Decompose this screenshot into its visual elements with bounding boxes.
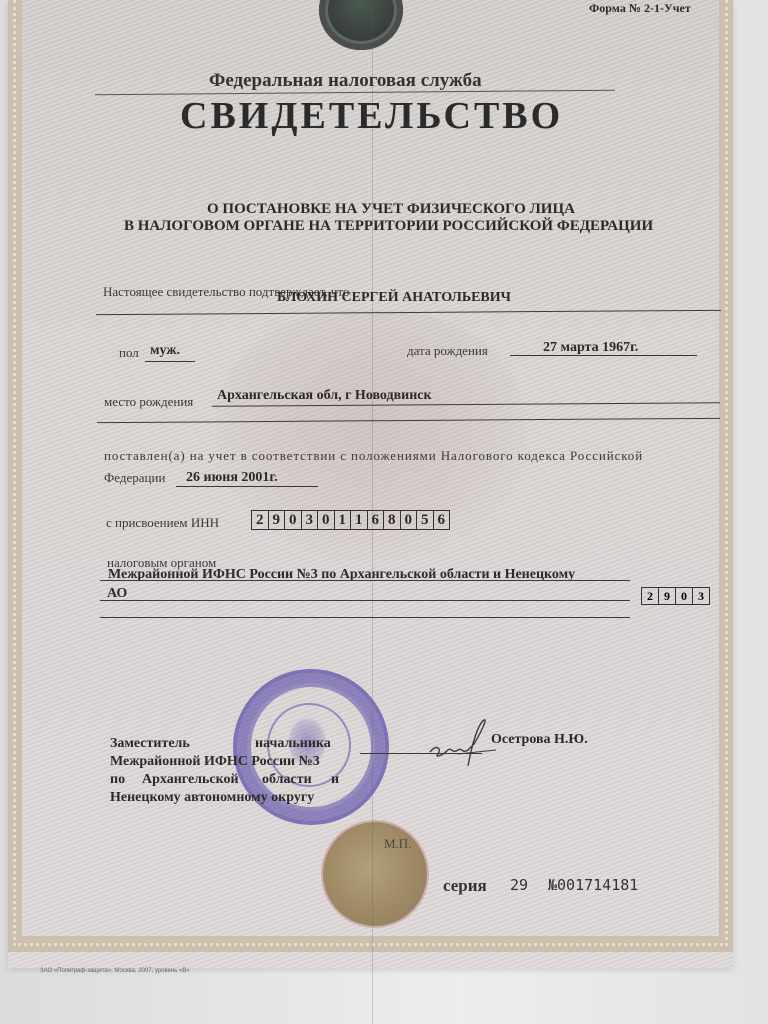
inn-digit: 2 <box>252 511 269 529</box>
signatory-title: Заместитель <box>110 736 190 752</box>
inn-digit: 9 <box>269 511 286 529</box>
birth-place-value: Архангельская обл, г Новодвинск <box>217 388 432 404</box>
inn-digit: 0 <box>285 511 302 529</box>
series-label: серия <box>443 876 487 896</box>
seal-place-label: М.П. <box>384 836 411 852</box>
authority-code-digit: 2 <box>642 588 659 604</box>
inn-digit-boxes: 290301168056 <box>251 510 450 530</box>
sex-label: пол <box>119 345 139 361</box>
signatory-office: Межрайонной ИФНС России №3 <box>110 754 320 770</box>
inn-digit: 6 <box>434 511 450 529</box>
certificate-number: №001714181 <box>548 876 638 894</box>
registration-date-underline <box>176 486 318 487</box>
sex-value: муж. <box>150 343 180 359</box>
inn-digit: 0 <box>401 511 418 529</box>
signatory-region-line-4: Ненецкому автономному округу <box>110 790 314 806</box>
inn-digit: 8 <box>384 511 401 529</box>
printer-imprint: ЗАО «Полиграф-защита», Москва, 2007, уро… <box>40 968 190 974</box>
birth-date-label: дата рождения <box>407 343 488 359</box>
signatory-region-d: и <box>331 772 339 788</box>
form-number: Форма № 2-1-Учет <box>589 1 691 16</box>
signatory-region-c: области <box>262 772 312 788</box>
inn-digit: 1 <box>351 511 368 529</box>
authority-code-digit: 0 <box>676 588 693 604</box>
paper-fold-line <box>372 0 373 1024</box>
inn-digit: 6 <box>368 511 385 529</box>
signature-underline <box>360 753 482 754</box>
birth-place-label: место рождения <box>104 394 193 410</box>
birth-date-underline <box>510 355 697 356</box>
registered-text-line-1: поставлен(а) на учет в соответствии с по… <box>104 448 643 464</box>
signatory-title-b: начальника <box>255 736 331 752</box>
agency-name: Федеральная налоговая служба <box>209 70 482 92</box>
full-name: БЛОХИН СЕРГЕЙ АНАТОЛЬЕВИЧ <box>277 290 511 306</box>
series-value: 29 <box>510 876 528 894</box>
signature-icon <box>428 714 498 774</box>
authority-underline-2 <box>100 600 630 601</box>
inn-digit: 1 <box>335 511 352 529</box>
inn-digit: 3 <box>302 511 319 529</box>
signatory-region-b: Архангельской <box>142 772 239 788</box>
inn-digit: 5 <box>417 511 434 529</box>
inn-digit: 0 <box>318 511 335 529</box>
registered-text-line-2: Федерации <box>104 470 165 486</box>
authority-code-boxes: 2903 <box>641 587 710 605</box>
signatory-region-a: по <box>110 772 125 788</box>
subtitle-line-1: О ПОСТАНОВКЕ НА УЧЕТ ФИЗИЧЕСКОГО ЛИЦА <box>207 201 575 218</box>
signatory-name: Осетрова Н.Ю. <box>491 732 588 748</box>
registration-date: 26 июня 2001г. <box>186 470 278 486</box>
authority-underline-3 <box>100 617 630 618</box>
sex-underline <box>145 361 195 362</box>
subtitle-line-2: В НАЛОГОВОМ ОРГАНЕ НА ТЕРРИТОРИИ РОССИЙС… <box>124 218 653 235</box>
authority-code-digit: 3 <box>693 588 709 604</box>
birth-date-value: 27 марта 1967г. <box>543 340 638 356</box>
authority-underline-1 <box>100 580 630 581</box>
inn-label: с присвоением ИНН <box>106 515 219 531</box>
authority-code-digit: 9 <box>659 588 676 604</box>
